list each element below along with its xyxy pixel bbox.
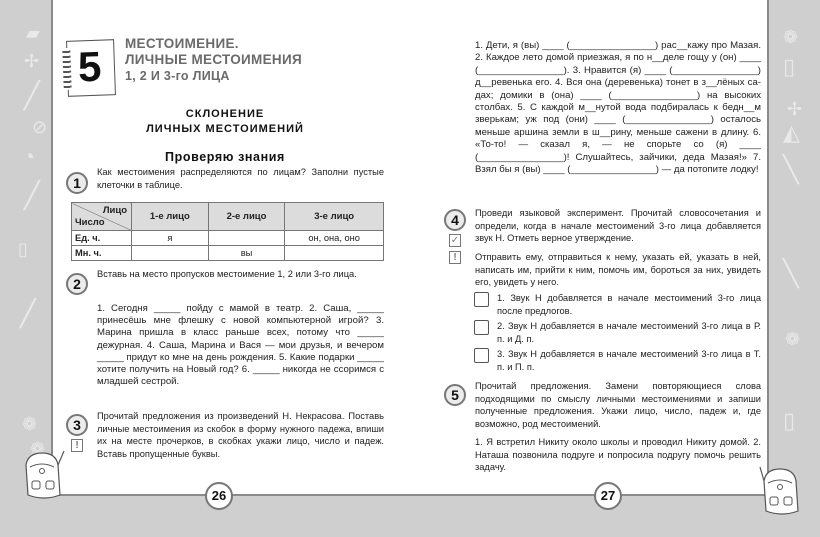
eraser-icon: ▰ [26,24,40,42]
task-3-number: 3 [66,414,88,436]
task-3-text: Прочитай предложения из произведений Н. … [97,410,384,460]
task-4-text: Проведи языковой эксперимент. Прочитай с… [475,207,761,245]
page-number-left: 26 [205,482,233,510]
spiral-binding-icon [62,48,71,90]
notepad-icon: ▯ [783,410,795,432]
notepad-icon: ▯ [783,56,795,78]
task-5-text: Прочитай предложения. Замени повторяющие… [475,380,761,430]
sharpener-icon: ❁ [783,28,798,46]
pencil-icon: ╱ [20,300,36,326]
sharpener-icon: ❁ [785,330,800,348]
option-3-checkbox[interactable] [474,348,489,363]
table-cell[interactable] [285,246,384,261]
pen-icon: ╲ [783,156,799,182]
pronoun-table: Лицо Число 1-е лицо 2-е лицо 3-е лицо Ед… [71,202,384,261]
pencil-icon: ╱ [24,82,40,108]
table-cell[interactable]: он, она, оно [285,231,384,246]
table-header: 1-е лицо [132,203,209,231]
task-1-text: Как местоимения распределяются по лицам?… [97,166,384,191]
table-row: Мн. ч. вы [72,246,384,261]
option-2-label: 2. Звук Н добавляется в начале местоимен… [497,320,761,345]
task-3-exercise: 1. Дети, я (вы) ____ (________________) … [475,40,761,176]
pushpin-icon: ✢ [787,100,802,118]
section-title: СКЛОНЕНИЕ ЛИЧНЫХ МЕСТОИМЕНИЙ [125,107,325,137]
task-4-number: 4 [444,209,466,231]
task-5-exercise: 1. Я встретил Никиту около школы и прово… [475,436,761,474]
table-corner-header: Лицо Число [72,203,132,231]
task-2-number: 2 [66,273,88,295]
chapter-badge: 5 [66,39,116,97]
table-cell[interactable] [208,231,285,246]
table-cell[interactable]: вы [208,246,285,261]
chapter-title: МЕСТОИМЕНИЕ. ЛИЧНЫЕ МЕСТОИМЕНИЯ 1, 2 И 3… [125,36,302,84]
table-cell[interactable] [132,246,209,261]
task-2-exercise: 1. Сегодня _____ пойду с мамой в театр. … [97,303,384,388]
ruler-icon: ╱ [24,182,40,208]
right-margin: ❁ ▯ ✢ ◭ ╲ ╲ ❁ ▯ [769,0,820,537]
page-number-right: 27 [594,482,622,510]
check-icon: ✓ [449,234,461,247]
chapter-number: 5 [77,43,102,92]
backpack-icon [756,461,808,517]
option-3-label: 3. Звук Н добавляется в начале местоимен… [497,348,761,373]
table-header: 3-е лицо [285,203,384,231]
option-2-checkbox[interactable] [474,320,489,335]
task-5-number: 5 [444,384,466,406]
backpack-icon [18,445,70,501]
task-1-number: 1 [66,172,88,194]
protractor-icon: ◔ [22,146,35,168]
pushpin-icon: ✢ [24,52,39,70]
notepad-icon: ▯ [18,240,28,258]
important-icon: ! [449,251,461,264]
page-27: 1. Дети, я (вы) ____ (________________) … [433,0,753,494]
protractor-icon: ◭ [783,122,800,144]
bottom-band [0,495,820,537]
table-row: Ед. ч. я он, она, оно [72,231,384,246]
sharpener-icon: ❁ [22,415,37,433]
page-26: 5 МЕСТОИМЕНИЕ. ЛИЧНЫЕ МЕСТОИМЕНИЯ 1, 2 И… [61,0,386,494]
option-1-checkbox[interactable] [474,292,489,307]
ruler-icon: ╲ [783,260,799,286]
option-1-label: 1. Звук Н добавляется в начале местоимен… [497,292,761,317]
paperclip-icon: ⊘ [32,118,47,136]
book-spread: 5 МЕСТОИМЕНИЕ. ЛИЧНЫЕ МЕСТОИМЕНИЯ 1, 2 И… [51,0,769,496]
table-cell[interactable]: я [132,231,209,246]
task-4-examples: Отправить ему, отправиться к нему, указа… [475,251,761,289]
task-2-text: Вставь на место пропусков местоимение 1,… [97,268,384,281]
table-header: 2-е лицо [208,203,285,231]
subsection-title: Проверяю знания [125,150,325,164]
important-icon: ! [71,439,83,452]
